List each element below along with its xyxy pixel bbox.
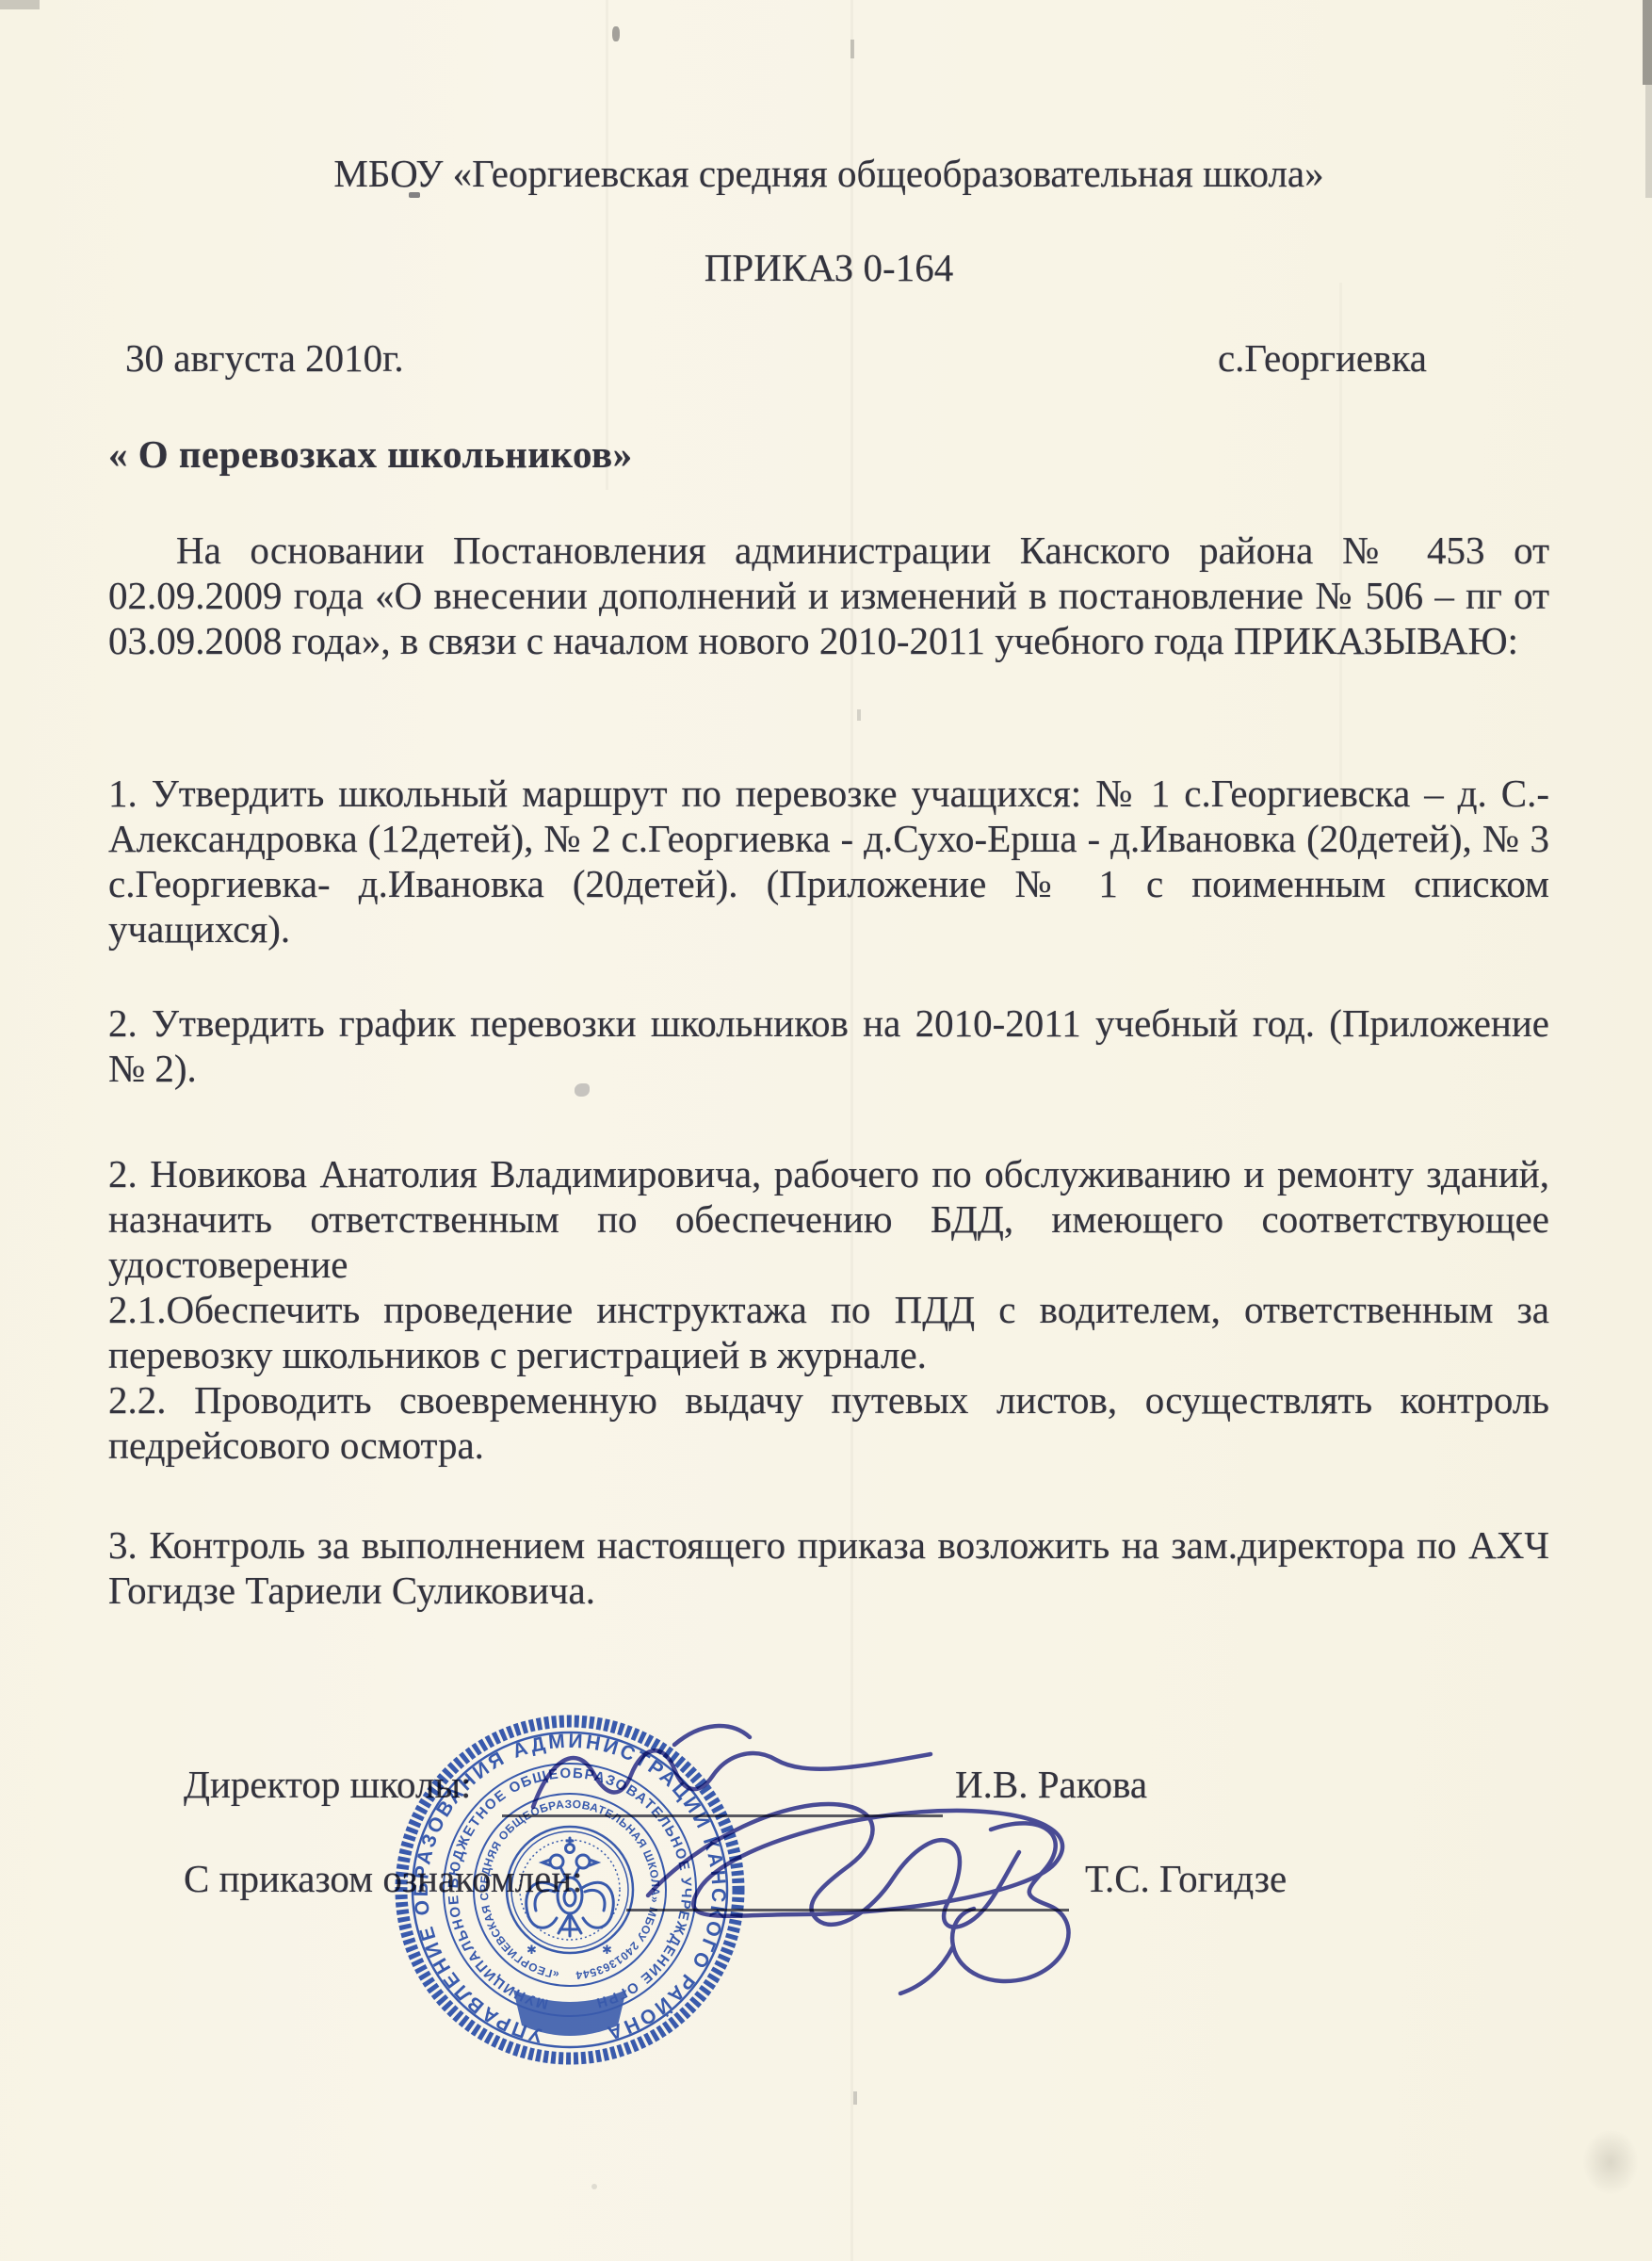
acknowledged-signature (648, 1804, 1068, 1993)
handwritten-signatures (0, 0, 1652, 2261)
director-signature (533, 1726, 931, 1807)
scanned-order-document: МБОУ «Георгиевская средняя общеобразоват… (0, 0, 1652, 2261)
